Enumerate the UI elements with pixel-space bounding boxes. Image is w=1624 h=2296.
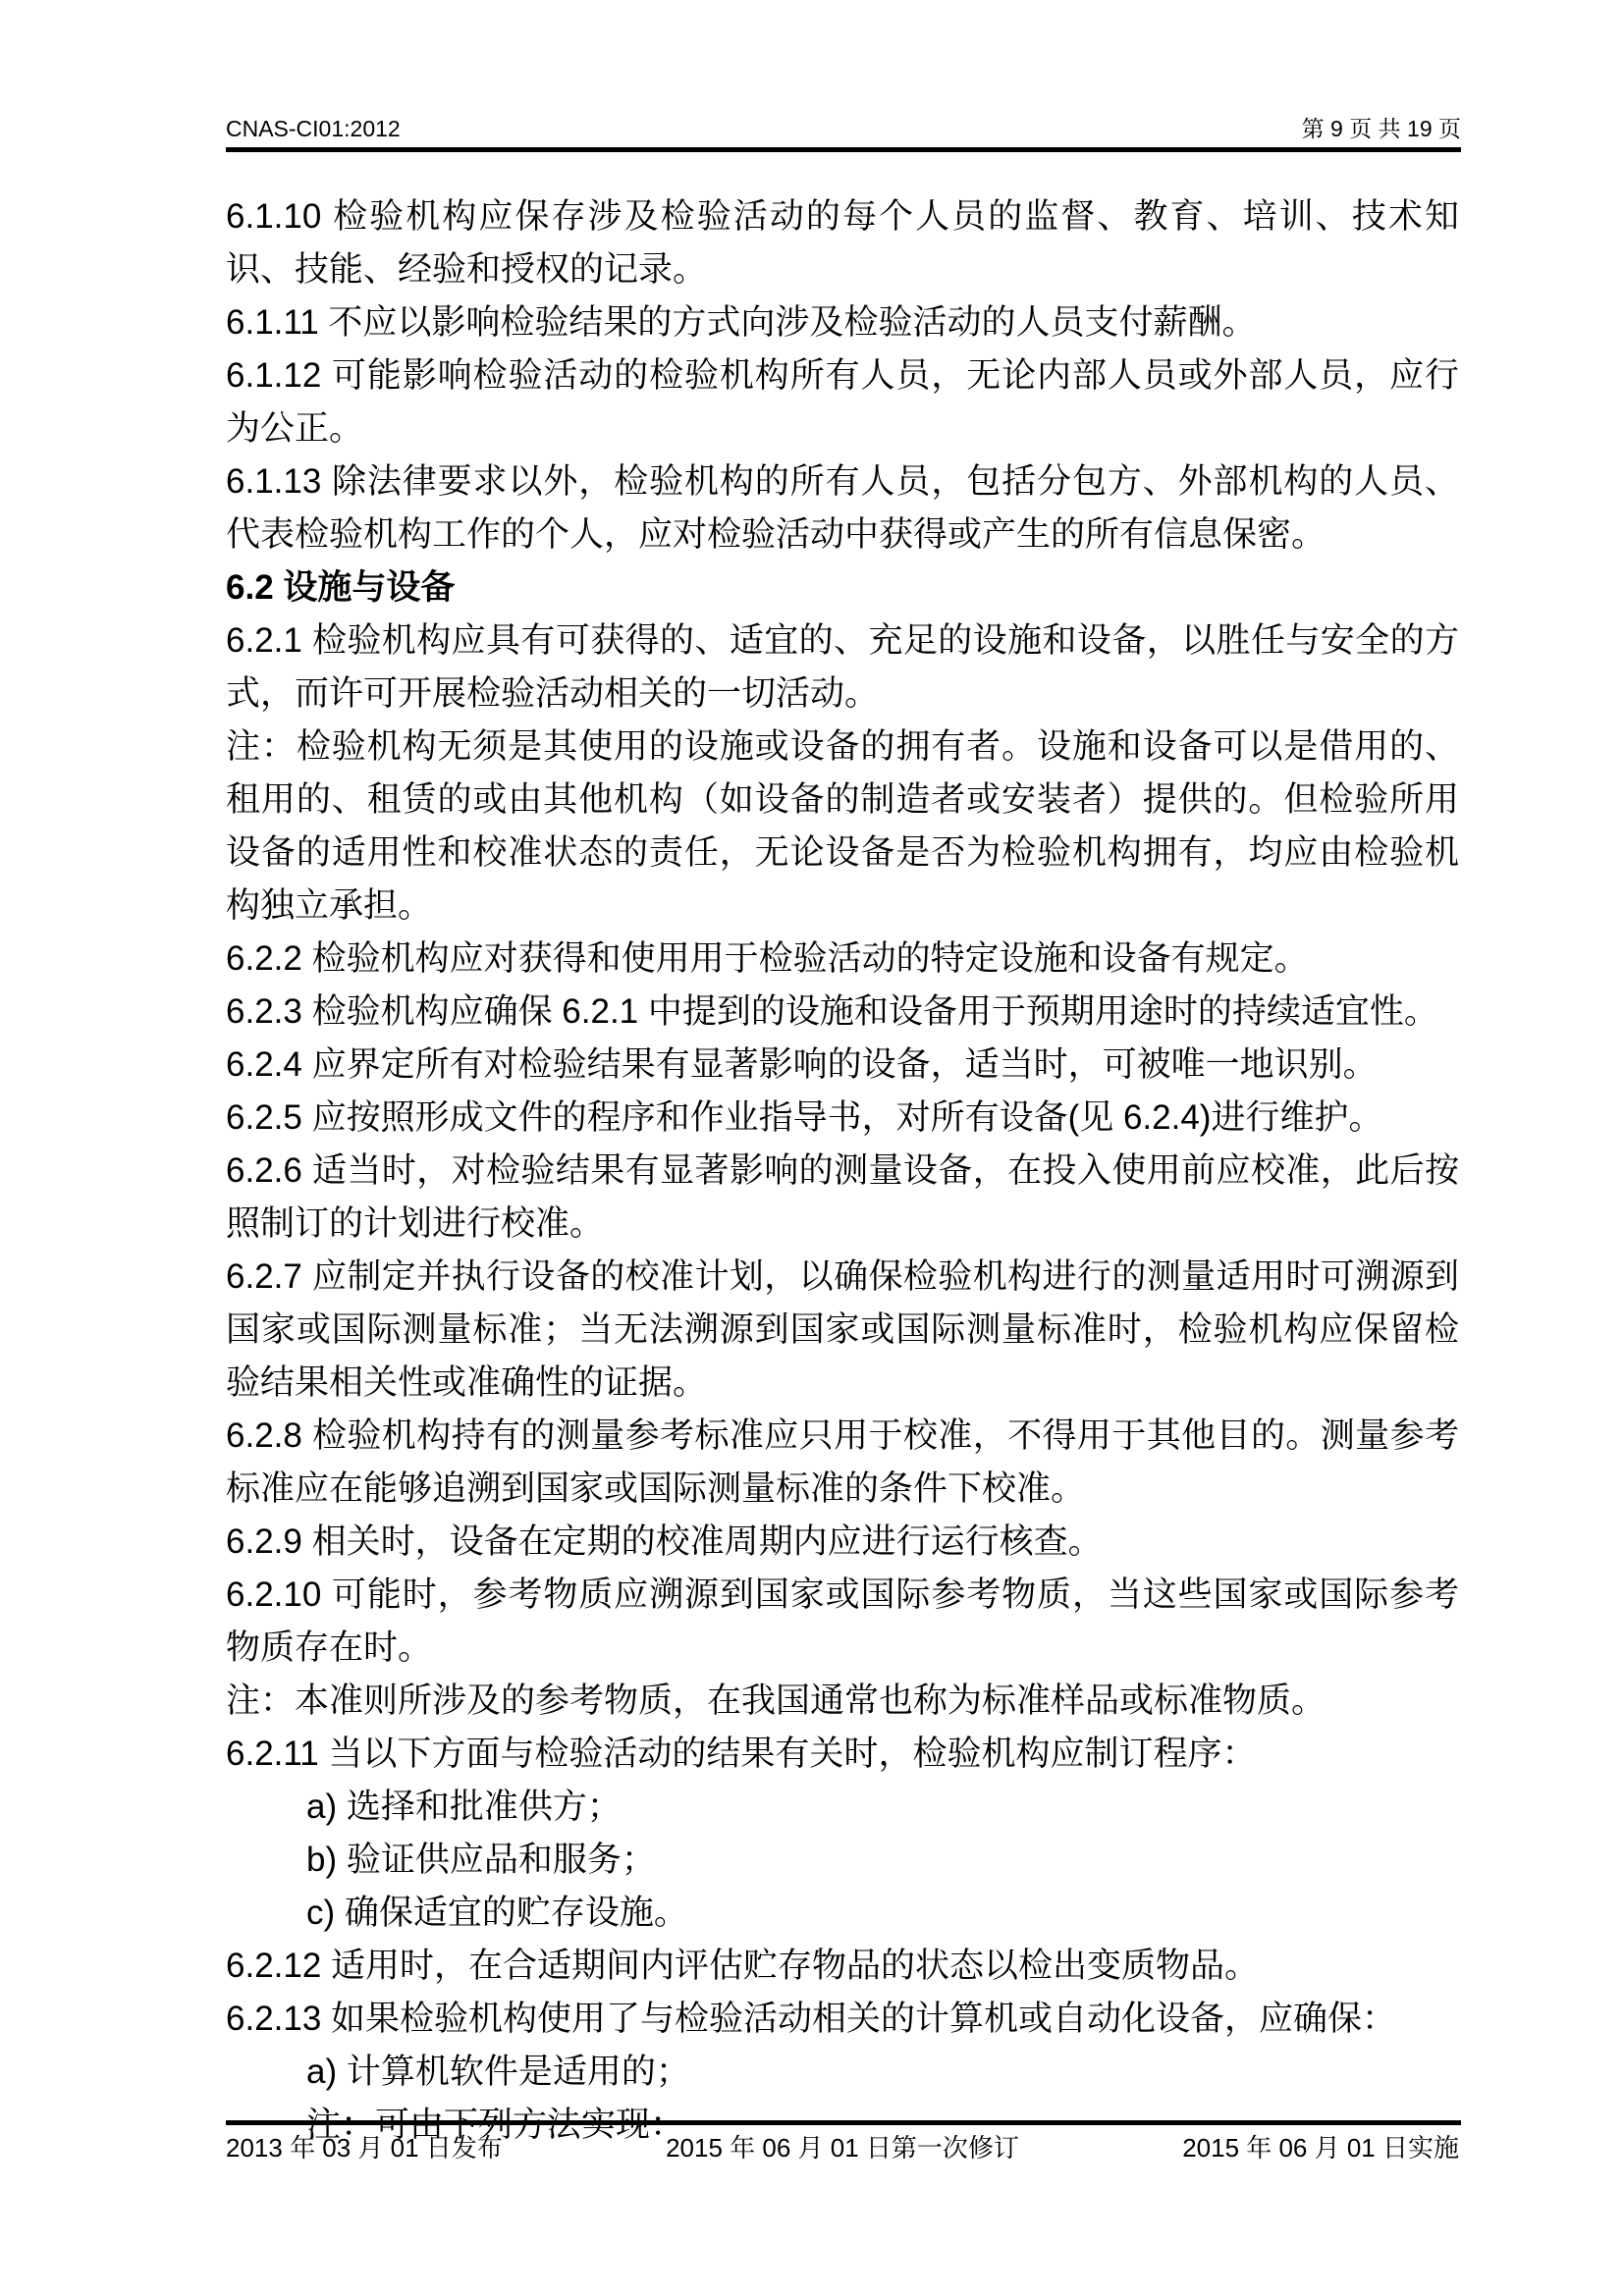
clause-6.2.8: 6.2.8 检验机构持有的测量参考标准应只用于校准，不得用于其他目的。测量参考标… [226, 1410, 1459, 1516]
page-footer: 2013 年 03 月 01 日发布 2015 年 06 月 01 日第一次修订… [226, 2132, 1459, 2163]
clause-6.2.2: 6.2.2 检验机构应对获得和使用用于检验活动的特定设施和设备有规定。 [226, 933, 1459, 986]
clause-6.2.5: 6.2.5 应按照形成文件的程序和作业指导书，对所有设备(见 6.2.4)进行维… [226, 1092, 1459, 1145]
clause-6.2.12: 6.2.12 适用时，在合适期间内评估贮存物品的状态以检出变质物品。 [226, 1940, 1459, 1993]
clause-6.1.13: 6.1.13 除法律要求以外，检验机构的所有人员，包括分包方、外部机构的人员、代… [226, 455, 1459, 561]
clause-6.1.11: 6.1.11 不应以影响检验结果的方式向涉及检验活动的人员支付薪酬。 [226, 296, 1459, 349]
list-item-6.2.13-a: a) 计算机软件是适用的； [226, 2046, 1459, 2099]
clause-6.2.10: 6.2.10 可能时，参考物质应溯源到国家或国际参考物质，当这些国家或国际参考物… [226, 1569, 1459, 1675]
list-item-6.2.11-a: a) 选择和批准供方； [226, 1781, 1459, 1834]
footer-divider [226, 2120, 1461, 2125]
clause-6.2.1: 6.2.1 检验机构应具有可获得的、适宜的、充足的设施和设备，以胜任与安全的方式… [226, 614, 1459, 721]
footer-revision-date: 2015 年 06 月 01 日第一次修订 [666, 2132, 1019, 2163]
document-body: 6.1.10 检验机构应保存涉及检验活动的每个人员的监督、教育、培训、技术知识、… [226, 190, 1459, 2152]
list-item-6.2.11-b: b) 验证供应品和服务； [226, 1834, 1459, 1887]
doc-code: CNAS-CI01:2012 [226, 116, 401, 141]
clause-6.2.9: 6.2.9 相关时，设备在定期的校准周期内应进行运行核查。 [226, 1516, 1459, 1569]
clause-6.2.7: 6.2.7 应制定并执行设备的校准计划，以确保检验机构进行的测量适用时可溯源到国… [226, 1251, 1459, 1410]
list-item-6.2.11-c: c) 确保适宜的贮存设施。 [226, 1887, 1459, 1940]
note-6.2.10: 注：本准则所涉及的参考物质，在我国通常也称为标准样品或标准物质。 [226, 1675, 1459, 1728]
clause-6.1.12: 6.1.12 可能影响检验活动的检验机构所有人员，无论内部人员或外部人员，应行为… [226, 349, 1459, 455]
header-divider [226, 147, 1461, 152]
footer-implementation-date: 2015 年 06 月 01 日实施 [1182, 2132, 1459, 2163]
clause-6.2.4: 6.2.4 应界定所有对检验结果有显著影响的设备，适当时，可被唯一地识别。 [226, 1039, 1459, 1092]
clause-6.2.6: 6.2.6 适当时，对检验结果有显著影响的测量设备，在投入使用前应校准，此后按照… [226, 1145, 1459, 1251]
clause-6.2.3: 6.2.3 检验机构应确保 6.2.1 中提到的设施和设备用于预期用途时的持续适… [226, 986, 1459, 1039]
note-6.2.1: 注：检验机构无须是其使用的设施或设备的拥有者。设施和设备可以是借用的、租用的、租… [226, 721, 1459, 933]
clause-6.2.11: 6.2.11 当以下方面与检验活动的结果有关时，检验机构应制订程序： [226, 1728, 1459, 1781]
clause-6.1.10: 6.1.10 检验机构应保存涉及检验活动的每个人员的监督、教育、培训、技术知识、… [226, 190, 1459, 296]
clause-6.2.13: 6.2.13 如果检验机构使用了与检验活动相关的计算机或自动化设备，应确保： [226, 1993, 1459, 2046]
document-page: CNAS-CI01:2012 第 9 页 共 19 页 6.1.10 检验机构应… [0, 0, 1624, 2296]
footer-issue-date: 2013 年 03 月 01 日发布 [226, 2132, 503, 2163]
page-number: 第 9 页 共 19 页 [1302, 116, 1461, 141]
page-header: CNAS-CI01:2012 第 9 页 共 19 页 [226, 116, 1461, 141]
heading-6.2: 6.2 设施与设备 [226, 561, 1459, 614]
